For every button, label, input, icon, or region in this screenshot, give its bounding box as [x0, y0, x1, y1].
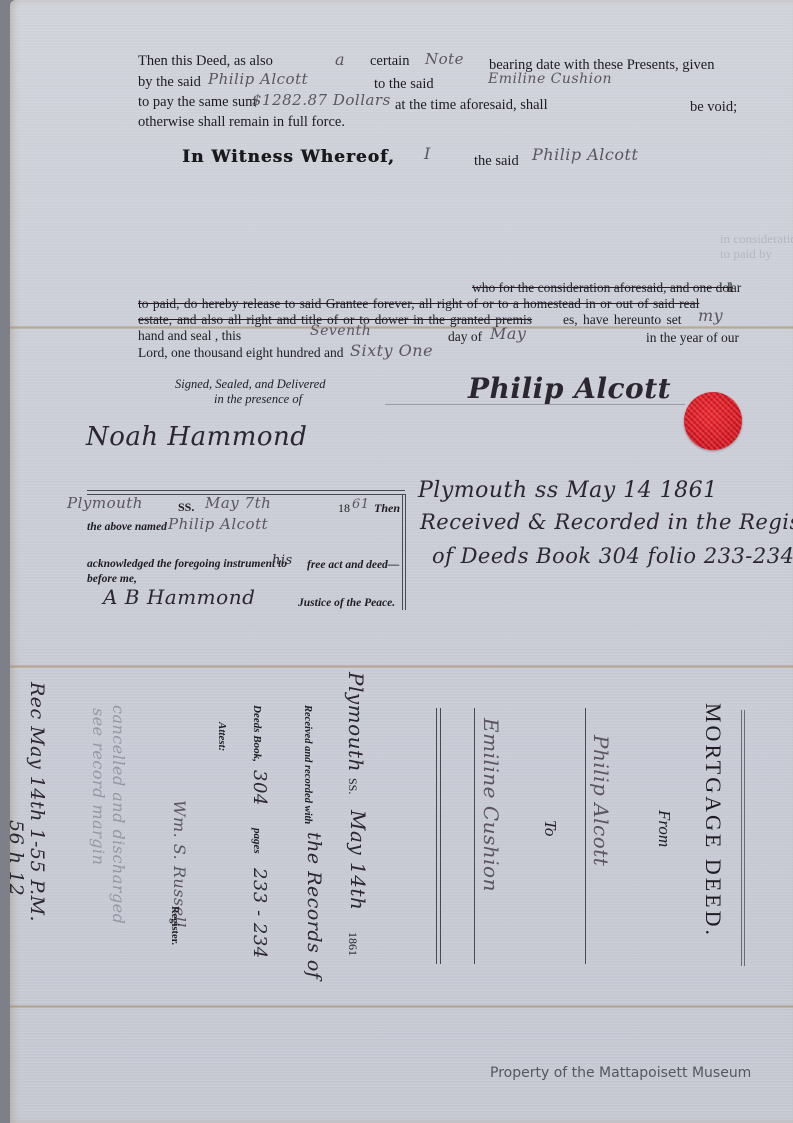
witness-signature: Noah Hammond [86, 422, 307, 452]
line3-amount: $1282.87 Dollars [252, 91, 391, 109]
registry-line2: Received & Recorded in the Registry [420, 510, 793, 534]
justice-label: Justice of the Peace. [298, 597, 395, 609]
line1-hand2: Note [425, 50, 464, 68]
witness-mid: the said [474, 153, 519, 170]
ack-post: free act and deed— [307, 559, 399, 571]
ack-county: Plymouth [67, 494, 143, 512]
release-line2-struck: to paid, do hereby release to said Grant… [138, 296, 699, 312]
registry-line3: of Deeds Book 304 folio 233-234 [432, 544, 793, 568]
to-label: To [540, 820, 560, 836]
line3-mid: at the time aforesaid, shall [395, 97, 548, 114]
double-rule-2 [440, 708, 441, 964]
release-line4-c: in the year of our [646, 330, 739, 346]
justice-signature: A B Hammond [103, 585, 255, 609]
from-hand: Philip Alcott [589, 735, 613, 866]
line3-post: be void; [690, 99, 737, 116]
title-rule-2 [744, 710, 745, 966]
line1-hand1: a [335, 50, 345, 69]
registry-line1: Plymouth ss May 14 1861 [418, 478, 718, 503]
release-month-hand: May [490, 324, 526, 343]
cover-county-hand: Plymouth [344, 672, 368, 772]
margin-note-1: Rec May 14th 1-55 P.M. [26, 682, 48, 922]
cover-received-label: Received and recorded with [302, 705, 313, 824]
ack-top-rule [87, 490, 405, 491]
ack-before-me: before me, [87, 573, 137, 585]
mortgage-deed-title: MORTGAGE DEED. [700, 703, 726, 938]
to-rule [474, 708, 475, 964]
ack-pronoun-hand: his [272, 553, 293, 568]
release-line4-a: hand and seal , this [138, 328, 241, 344]
fold-line-3 [10, 1005, 793, 1008]
ack-date: May 7th [205, 494, 271, 512]
faint-note-2: see record margin [89, 708, 108, 865]
release-line1-tail: lar [727, 280, 741, 296]
ack-year-hand: 61 [352, 497, 370, 512]
cover-received-hand: the Records of [303, 832, 325, 979]
release-line1-struck: who for the consideration aforesaid, and… [472, 280, 733, 296]
cover-pages-label: pages [251, 828, 263, 854]
grantor-signature: Philip Alcott [468, 372, 671, 405]
release-day-hand: Seventh [310, 323, 371, 339]
cover-year: 1861 [345, 932, 360, 956]
line3-pre: to pay the same sum [138, 94, 256, 111]
ack-named-label: the above named [87, 521, 167, 533]
ack-right-rule-2 [405, 494, 406, 610]
ack-then: Then [374, 501, 400, 516]
faint-note-1: cancelled and discharged [109, 705, 128, 924]
release-line5: Lord, one thousand eight hundred and [138, 345, 343, 361]
in-presence-of: in the presence of [214, 392, 302, 407]
fold-line-2 [10, 665, 793, 668]
museum-watermark: Property of the Mattapoisett Museum [490, 1065, 751, 1081]
release-line4-b: day of [448, 329, 482, 345]
line2-hand2: Emiline Cushion [488, 71, 612, 87]
line1-pre: Then this Deed, as also [138, 53, 273, 70]
wax-seal [684, 392, 742, 450]
cover-register-label: Register. [169, 906, 180, 945]
cover-deeds-book-label: Deeds Book, [251, 705, 263, 762]
line2-pre: by the said [138, 74, 201, 91]
ack-pre: acknowledged the foregoing instrument to [87, 558, 287, 570]
ack-named-hand: Philip Alcott [168, 515, 268, 533]
line1-mid: certain [370, 53, 409, 70]
cover-attest-label: Attest: [216, 722, 228, 751]
witness-hand1: I [424, 144, 431, 163]
line4: otherwise shall remain in full force. [138, 114, 345, 131]
ack-right-rule [402, 494, 403, 610]
to-hand: Emiline Cushion [479, 718, 503, 892]
signed-sealed-delivered: Signed, Sealed, and Delivered [175, 377, 326, 392]
cover-ss: SS. [345, 778, 360, 794]
ack-ss: SS. [178, 500, 194, 515]
cover-date-hand: May 14th [346, 810, 370, 910]
title-rule-1 [741, 710, 742, 966]
from-rule [585, 708, 586, 964]
ghost-text-1: in consideration of [720, 231, 793, 247]
margin-note-2: 56 h 12 [5, 820, 27, 896]
double-rule-1 [436, 708, 437, 964]
cover-pages-hand: 233 - 234 [249, 868, 270, 959]
cover-book-hand: 304 [249, 770, 270, 806]
release-line3-tail: es, have hereunto set [563, 312, 681, 328]
line2-hand1: Philip Alcott [208, 70, 308, 88]
from-label: From [654, 810, 674, 847]
in-witness-whereof: In Witness Whereof, [182, 147, 395, 167]
witness-hand2: Philip Alcott [532, 145, 638, 164]
release-line3-hand: my [698, 306, 723, 325]
ghost-text-2: to paid by [720, 246, 772, 262]
ack-year-pre: 18 [338, 501, 350, 516]
release-year-hand: Sixty One [350, 341, 433, 360]
